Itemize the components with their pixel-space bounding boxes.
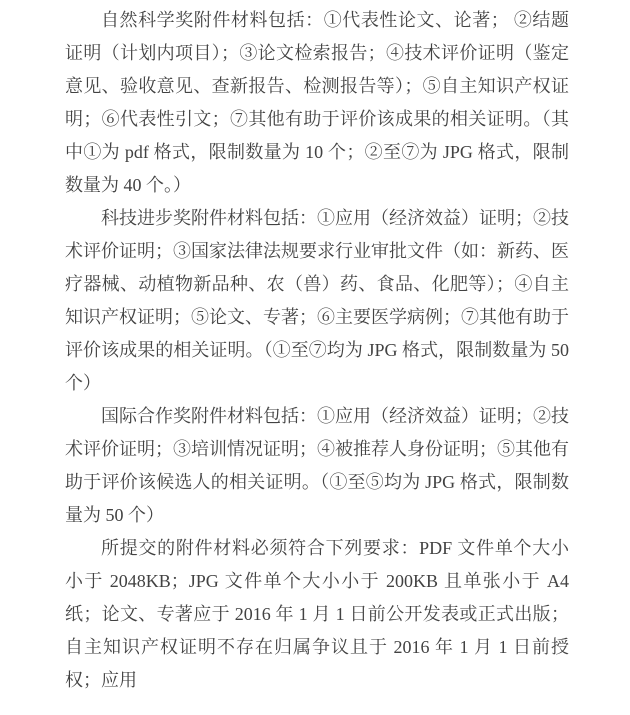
paragraph-sci-tech-progress-award-attachments: 科技进步奖附件材料包括：①应用（经济效益）证明；②技术评价证明；③国家法律法规要… — [65, 202, 569, 400]
paragraph-attachment-file-requirements: 所提交的附件材料必须符合下列要求：PDF 文件单个大小小于 2048KB；JPG… — [65, 532, 569, 697]
paragraph-international-cooperation-award-attachments: 国际合作奖附件材料包括：①应用（经济效益）证明；②技术评价证明；③培训情况证明；… — [65, 400, 569, 532]
document-page: 自然科学奖附件材料包括：①代表性论文、论著； ②结题证明（计划内项目）；③论文检… — [0, 0, 630, 715]
paragraph-natural-science-award-attachments: 自然科学奖附件材料包括：①代表性论文、论著； ②结题证明（计划内项目）；③论文检… — [65, 4, 569, 202]
document-text-block: 自然科学奖附件材料包括：①代表性论文、论著； ②结题证明（计划内项目）；③论文检… — [65, 4, 569, 697]
